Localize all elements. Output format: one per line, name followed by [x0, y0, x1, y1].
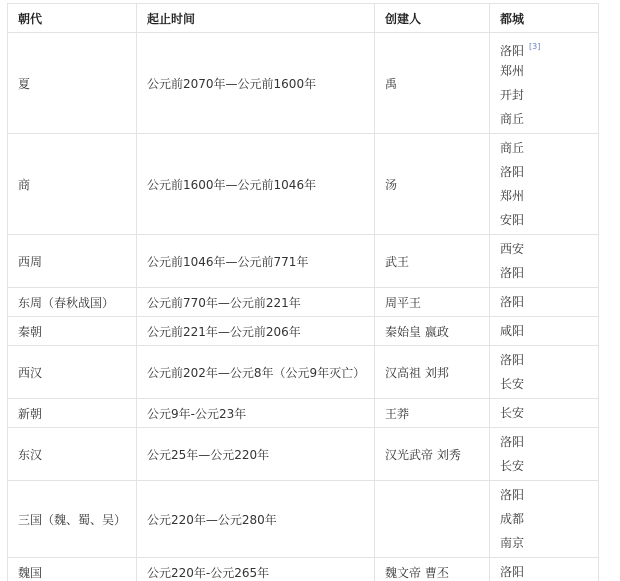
capital-city-name: 安阳	[500, 213, 524, 227]
capital-city: 洛阳[3]	[500, 35, 598, 59]
capital-city-name: 洛阳	[500, 266, 524, 280]
founder-cell: 秦始皇 嬴政	[375, 317, 490, 346]
table-header-row: 朝代 起止时间 创建人 都城	[8, 4, 599, 33]
period-cell: 公元25年—公元220年	[137, 428, 375, 481]
capital-city: 郑州	[500, 184, 598, 208]
capital-cell: 洛阳成都南京	[490, 481, 599, 558]
capital-city-name: 长安	[500, 377, 524, 391]
period-cell: 公元220年-公元265年	[137, 558, 375, 581]
capital-city: 开封	[500, 83, 598, 107]
dynasty-cell: 夏	[8, 33, 137, 134]
table-row: 夏公元前2070年—公元前1600年禹洛阳[3]郑州开封商丘	[8, 33, 599, 134]
dynasty-cell: 新朝	[8, 399, 137, 428]
capital-city: 洛阳	[500, 290, 598, 314]
table-body: 夏公元前2070年—公元前1600年禹洛阳[3]郑州开封商丘商公元前1600年—…	[8, 33, 599, 581]
capital-city-name: 开封	[500, 88, 524, 102]
capital-city-name: 成都	[500, 512, 524, 526]
dynasty-cell: 西汉	[8, 346, 137, 399]
capital-city-name: 洛阳	[500, 353, 524, 367]
dynasty-table: 朝代 起止时间 创建人 都城 夏公元前2070年—公元前1600年禹洛阳[3]郑…	[7, 3, 599, 581]
table-row: 东周（春秋战国）公元前770年—公元前221年周平王洛阳	[8, 288, 599, 317]
capital-city-name: 洛阳	[500, 165, 524, 179]
capital-city: 长安	[500, 372, 598, 396]
capital-city: 商丘	[500, 136, 598, 160]
capital-city-name: 长安	[500, 459, 524, 473]
capital-city-name: 洛阳	[500, 435, 524, 449]
period-cell: 公元9年-公元23年	[137, 399, 375, 428]
capital-city-name: 洛阳	[500, 488, 524, 502]
table-row: 新朝公元9年-公元23年王莽长安	[8, 399, 599, 428]
period-cell: 公元前1046年—公元前771年	[137, 235, 375, 288]
capital-cell: 商丘洛阳郑州安阳	[490, 134, 599, 235]
founder-cell: 魏文帝 曹丕	[375, 558, 490, 581]
table-row: 西周公元前1046年—公元前771年武王西安洛阳	[8, 235, 599, 288]
capital-city: 长安	[500, 401, 598, 425]
capital-city-name: 商丘	[500, 141, 524, 155]
capital-cell: 洛阳	[490, 558, 599, 581]
capital-city-name: 洛阳	[500, 44, 524, 58]
capital-city-name: 咸阳	[500, 324, 524, 338]
table-row: 西汉公元前202年—公元8年（公元9年灭亡）汉高祖 刘邦洛阳长安	[8, 346, 599, 399]
capital-cell: 西安洛阳	[490, 235, 599, 288]
capital-city-name: 洛阳	[500, 295, 524, 309]
capital-city: 洛阳	[500, 430, 598, 454]
citation-link[interactable]: [3]	[529, 42, 540, 51]
header-period: 起止时间	[137, 4, 375, 33]
header-capital: 都城	[490, 4, 599, 33]
dynasty-cell: 魏国	[8, 558, 137, 581]
dynasty-cell: 秦朝	[8, 317, 137, 346]
capital-city: 安阳	[500, 208, 598, 232]
founder-cell: 禹	[375, 33, 490, 134]
table-row: 商公元前1600年—公元前1046年汤商丘洛阳郑州安阳	[8, 134, 599, 235]
table-row: 秦朝公元前221年—公元前206年秦始皇 嬴政咸阳	[8, 317, 599, 346]
dynasty-cell: 东汉	[8, 428, 137, 481]
table-row: 三国（魏、蜀、吴）公元220年—公元280年洛阳成都南京	[8, 481, 599, 558]
capital-city-name: 商丘	[500, 112, 524, 126]
period-cell: 公元前2070年—公元前1600年	[137, 33, 375, 134]
period-cell: 公元前770年—公元前221年	[137, 288, 375, 317]
capital-city: 洛阳	[500, 261, 598, 285]
capital-city: 郑州	[500, 59, 598, 83]
table-row: 东汉公元25年—公元220年汉光武帝 刘秀洛阳长安	[8, 428, 599, 481]
capital-cell: 长安	[490, 399, 599, 428]
dynasty-cell: 西周	[8, 235, 137, 288]
period-cell: 公元前1600年—公元前1046年	[137, 134, 375, 235]
capital-city-name: 长安	[500, 406, 524, 420]
capital-city: 洛阳	[500, 160, 598, 184]
capital-cell: 洛阳长安	[490, 346, 599, 399]
capital-city-name: 南京	[500, 536, 524, 550]
capital-city-name: 郑州	[500, 189, 524, 203]
capital-city: 洛阳	[500, 560, 598, 581]
dynasty-cell: 商	[8, 134, 137, 235]
capital-city: 长安	[500, 454, 598, 478]
dynasty-table-container: 朝代 起止时间 创建人 都城 夏公元前2070年—公元前1600年禹洛阳[3]郑…	[7, 3, 599, 581]
founder-cell: 武王	[375, 235, 490, 288]
capital-city-name: 西安	[500, 242, 524, 256]
capital-city: 商丘	[500, 107, 598, 131]
founder-cell: 汤	[375, 134, 490, 235]
founder-cell	[375, 481, 490, 558]
founder-cell: 王莽	[375, 399, 490, 428]
capital-cell: 洛阳长安	[490, 428, 599, 481]
header-dynasty: 朝代	[8, 4, 137, 33]
founder-cell: 周平王	[375, 288, 490, 317]
capital-city-name: 郑州	[500, 64, 524, 78]
capital-city: 成都	[500, 507, 598, 531]
dynasty-cell: 三国（魏、蜀、吴）	[8, 481, 137, 558]
capital-cell: 洛阳[3]郑州开封商丘	[490, 33, 599, 134]
table-row: 魏国公元220年-公元265年魏文帝 曹丕洛阳	[8, 558, 599, 581]
dynasty-cell: 东周（春秋战国）	[8, 288, 137, 317]
period-cell: 公元前221年—公元前206年	[137, 317, 375, 346]
header-founder: 创建人	[375, 4, 490, 33]
founder-cell: 汉光武帝 刘秀	[375, 428, 490, 481]
capital-city: 西安	[500, 237, 598, 261]
capital-city: 咸阳	[500, 319, 598, 343]
founder-cell: 汉高祖 刘邦	[375, 346, 490, 399]
capital-cell: 咸阳	[490, 317, 599, 346]
capital-city-name: 洛阳	[500, 565, 524, 579]
capital-cell: 洛阳	[490, 288, 599, 317]
capital-city: 洛阳	[500, 483, 598, 507]
period-cell: 公元前202年—公元8年（公元9年灭亡）	[137, 346, 375, 399]
capital-city: 南京	[500, 531, 598, 555]
capital-city: 洛阳	[500, 348, 598, 372]
period-cell: 公元220年—公元280年	[137, 481, 375, 558]
